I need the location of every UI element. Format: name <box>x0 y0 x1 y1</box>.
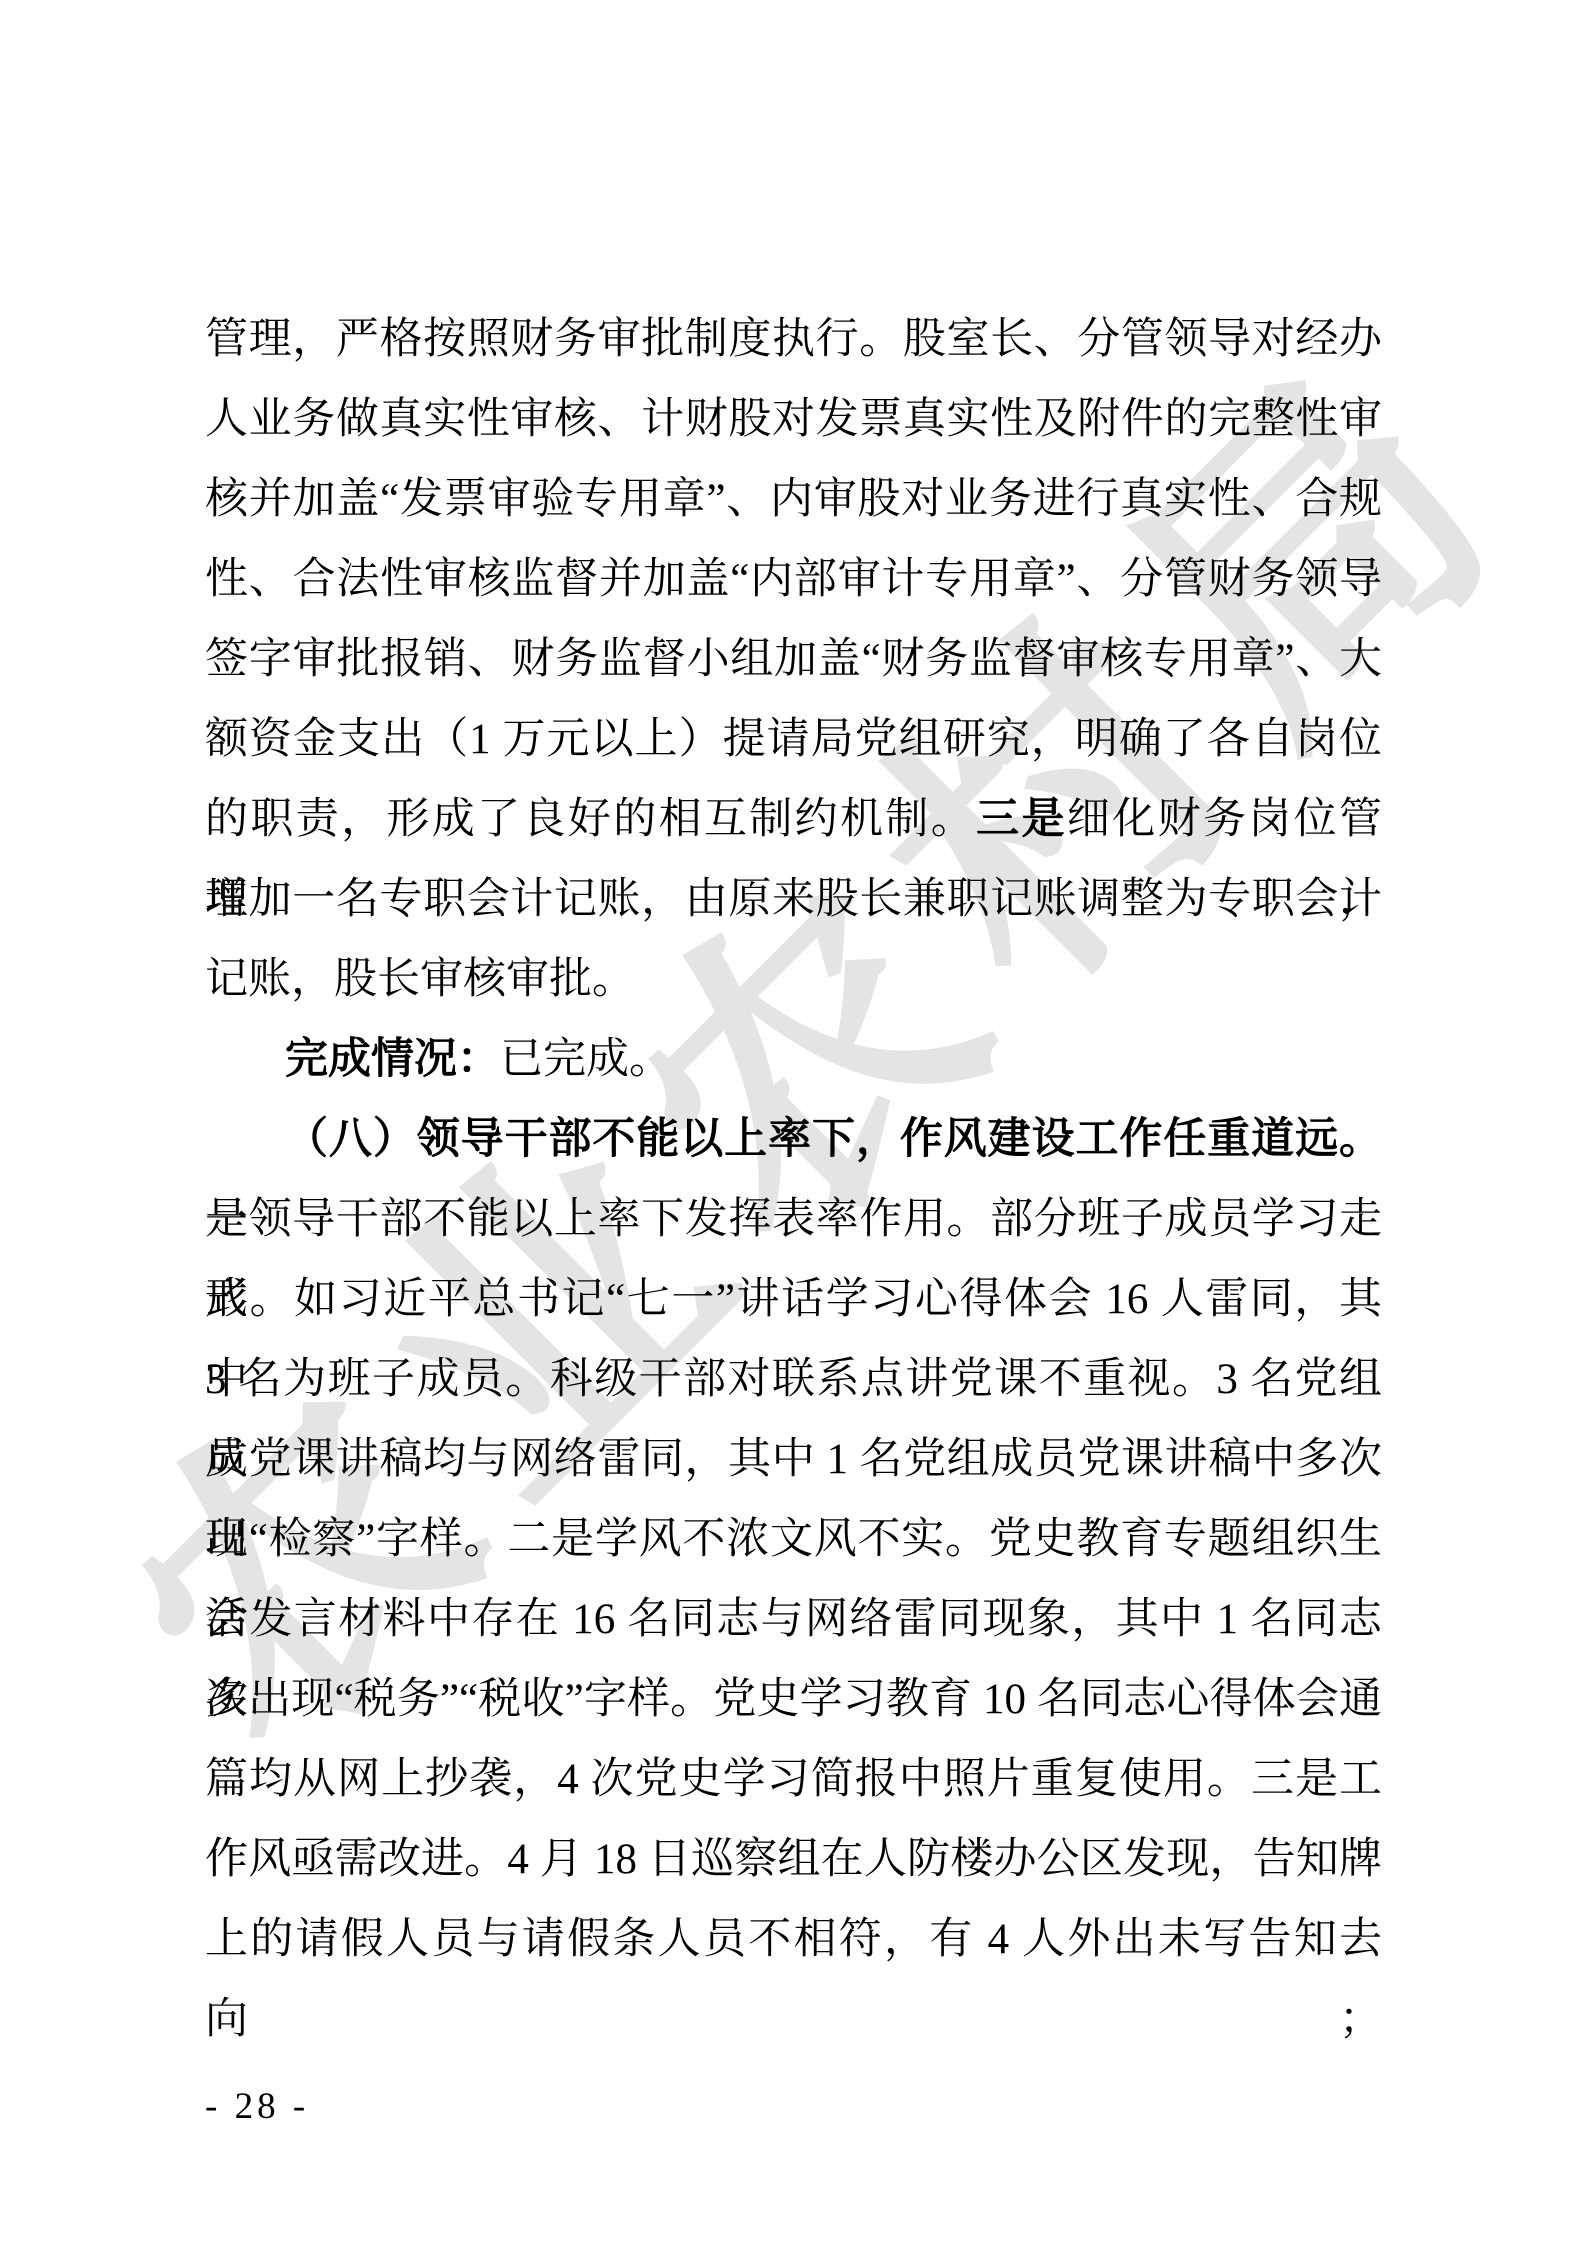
text-line: 员党课讲稿均与网络雷同，其中 1 名党组成员党课讲稿中多次出 <box>205 1420 1382 1500</box>
text-line: 篇均从网上抄袭，4 次党史学习简报中照片重复使用。三是工作 <box>205 1740 1382 1820</box>
text-line: 性、合法性审核监督并加盖“内部审计专用章”、分管财务领导 <box>205 540 1382 620</box>
text-line: 的职责，形成了良好的相互制约机制。三是细化财务岗位管理， <box>205 780 1382 860</box>
text-line: 会发言材料中存在 16 名同志与网络雷同现象，其中 1 名同志多 <box>205 1580 1382 1660</box>
text-line: 管理，严格按照财务审批制度执行。股室长、分管领导对经办 <box>205 300 1382 380</box>
text-segment: 签字审批报销、财务监督小组加盖“财务监督审核专用章”、大 <box>205 636 1382 683</box>
text-segment: 增加一名专职会计记账，由原来股长兼职记账调整为专职会计 <box>205 876 1382 923</box>
text-line: 是领导干部不能以上率下发挥表率作用。部分班子成员学习走形 <box>205 1180 1382 1260</box>
text-segment: 核并加盖“发票审验专用章”、内审股对业务进行真实性、合规 <box>205 476 1382 523</box>
document-body: 管理，严格按照财务审批制度执行。股室长、分管领导对经办人业务做真实性审核、计财股… <box>205 300 1382 1980</box>
text-segment: 记账，股长审核审批。 <box>205 956 635 1003</box>
text-line: 上的请假人员与请假条人员不相符，有 4 人外出未写告知去向； <box>205 1900 1382 1980</box>
text-line: 记账，股长审核审批。 <box>205 940 1382 1020</box>
text-segment: （八）领导干部不能以上率下，作风建设工作任重道远。 <box>285 1116 1382 1163</box>
text-line: 增加一名专职会计记账，由原来股长兼职记账调整为专职会计 <box>205 860 1382 940</box>
text-segment: 已完成。 <box>500 1036 672 1083</box>
page-number: - 28 - <box>205 2085 309 2129</box>
document-page: 农业农村局 管理，严格按照财务审批制度执行。股室长、分管领导对经办人业务做真实性… <box>0 0 1587 2245</box>
text-segment: 完成情况： <box>285 1036 500 1083</box>
text-segment: 的职责，形成了良好的相互制约机制。 <box>205 796 976 843</box>
text-segment: 性、合法性审核监督并加盖“内部审计专用章”、分管财务领导 <box>205 556 1382 603</box>
text-line: 签字审批报销、财务监督小组加盖“财务监督审核专用章”、大 <box>205 620 1382 700</box>
text-line: 3 名为班子成员。科级干部对联系点讲党课不重视。3 名党组成 <box>205 1340 1382 1420</box>
text-line: 现“检察”字样。二是学风不浓文风不实。党史教育专题组织生活 <box>205 1500 1382 1580</box>
text-segment: 三是 <box>976 796 1067 843</box>
text-segment: 管理，严格按照财务审批制度执行。股室长、分管领导对经办 <box>205 316 1382 363</box>
text-segment: 次出现“税务”“税收”字样。党史学习教育 10 名同志心得体会通 <box>205 1676 1382 1723</box>
text-segment: 额资金支出（1 万元以上）提请局党组研究，明确了各自岗位 <box>205 716 1382 763</box>
text-line: （八）领导干部不能以上率下，作风建设工作任重道远。一 <box>205 1100 1382 1180</box>
text-line: 作风亟需改进。4 月 18 日巡察组在人防楼办公区发现，告知牌 <box>205 1820 1382 1900</box>
text-segment: 上的请假人员与请假条人员不相符，有 4 人外出未写告知去向； <box>205 1916 1382 2043</box>
text-line: 额资金支出（1 万元以上）提请局党组研究，明确了各自岗位 <box>205 700 1382 780</box>
text-line: 式。如习近平总书记“七一”讲话学习心得体会 16 人雷同，其中 <box>205 1260 1382 1340</box>
text-line: 人业务做真实性审核、计财股对发票真实性及附件的完整性审 <box>205 380 1382 460</box>
text-line: 次出现“税务”“税收”字样。党史学习教育 10 名同志心得体会通 <box>205 1660 1382 1740</box>
text-segment: 作风亟需改进。4 月 18 日巡察组在人防楼办公区发现，告知牌 <box>205 1836 1382 1883</box>
text-line: 核并加盖“发票审验专用章”、内审股对业务进行真实性、合规 <box>205 460 1382 540</box>
text-segment: 人业务做真实性审核、计财股对发票真实性及附件的完整性审 <box>205 396 1382 443</box>
text-line: 完成情况：已完成。 <box>205 1020 1382 1100</box>
